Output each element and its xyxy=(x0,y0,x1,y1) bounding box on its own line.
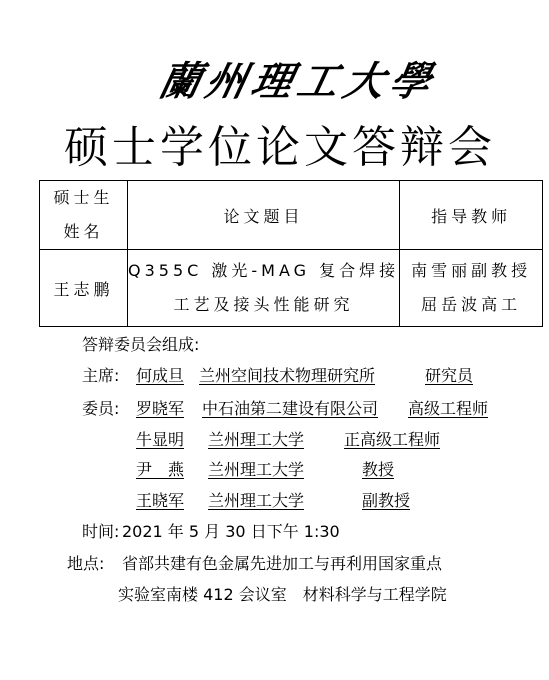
member-org: 兰州理工大学 xyxy=(208,429,304,451)
advisors: 南雪丽副教授 屈岳波高工 xyxy=(400,250,543,327)
member-name: 尹 燕 xyxy=(136,459,184,481)
member-name: 罗晓军 xyxy=(136,398,184,420)
defense-info-table: 硕士生 姓名 论文题目 指导教师 王志鹏 Q355C 激光-MAG 复合焊接 工… xyxy=(39,180,543,327)
chair-title: 研究员 xyxy=(425,365,473,387)
location-label: 地点: xyxy=(67,553,104,575)
member-org: 中石油第二建设有限公司 xyxy=(202,398,378,420)
chair-org: 兰州空间技术物理研究所 xyxy=(199,365,375,387)
member-name: 王晓军 xyxy=(136,490,184,512)
location-line2: 实验室南楼 412 会议室 材料科学与工程学院 xyxy=(118,584,447,606)
member-title: 教授 xyxy=(362,459,394,481)
chair-name: 何成旦 xyxy=(136,365,184,387)
member-title: 高级工程师 xyxy=(408,398,488,420)
chair-label: 主席: xyxy=(82,365,119,387)
university-logo: 蘭州理工大學 xyxy=(154,52,397,112)
member-title: 正高级工程师 xyxy=(344,429,440,451)
member-title: 副教授 xyxy=(362,490,410,512)
header-advisor: 指导教师 xyxy=(400,181,543,250)
time-value: 2021 年 5 月 30 日下午 1:30 xyxy=(122,521,340,543)
committee-heading: 答辩委员会组成: xyxy=(82,334,199,356)
member-org: 兰州理工大学 xyxy=(208,459,304,481)
header-student: 硕士生 姓名 xyxy=(40,181,128,250)
time-label: 时间: xyxy=(82,521,119,543)
table-row: 王志鹏 Q355C 激光-MAG 复合焊接 工艺及接头性能研究 南雪丽副教授 屈… xyxy=(40,250,543,327)
header-thesis-title: 论文题目 xyxy=(128,181,400,250)
location-line1: 省部共建有色金属先进加工与再利用国家重点 xyxy=(122,553,442,575)
page-title: 硕士学位论文答辩会 xyxy=(64,118,484,178)
table-header-row: 硕士生 姓名 论文题目 指导教师 xyxy=(40,181,543,250)
member-name: 牛显明 xyxy=(136,429,184,451)
member-org: 兰州理工大学 xyxy=(208,490,304,512)
member-label: 委员: xyxy=(82,398,119,420)
thesis-title: Q355C 激光-MAG 复合焊接 工艺及接头性能研究 xyxy=(128,250,400,327)
student-name: 王志鹏 xyxy=(40,250,128,327)
